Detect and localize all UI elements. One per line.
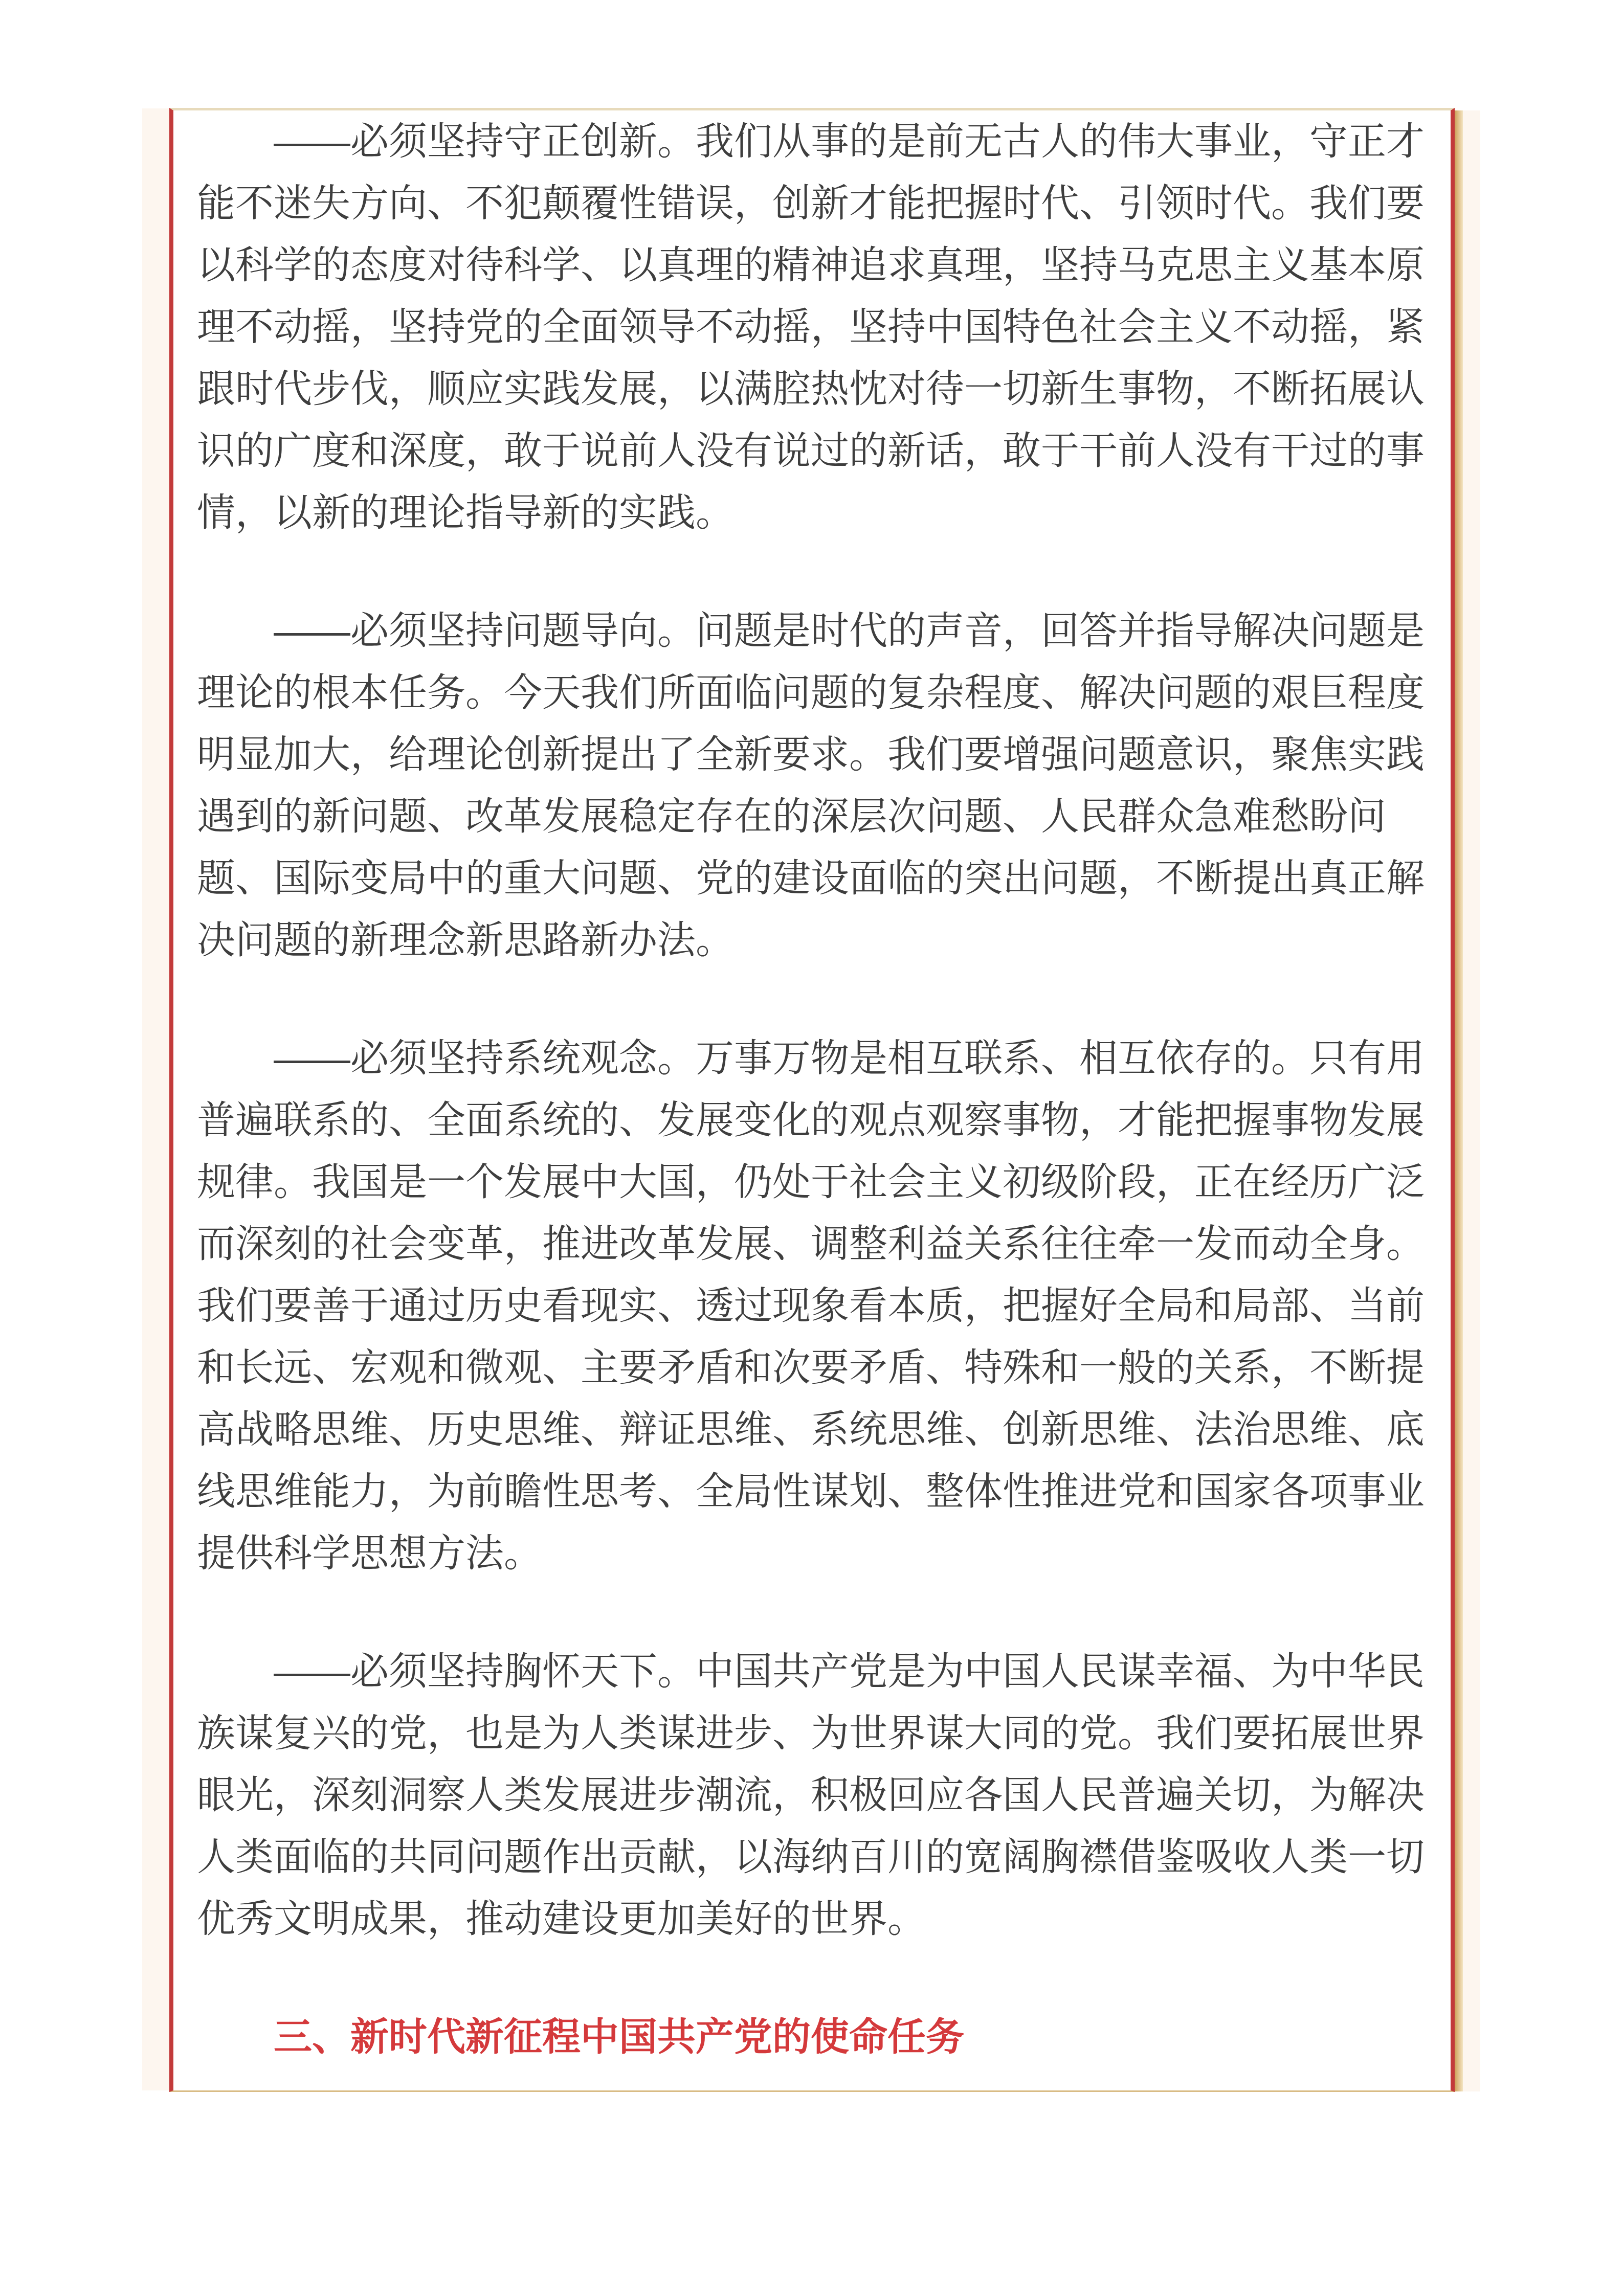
text-line: 明显加大，给理论创新提出了全新要求。我们要增强问题意识，聚焦实践 [197, 724, 1426, 785]
text-line: 跟时代步伐，顺应实践发展，以满腔热忱对待一切新生事物，不断拓展认 [197, 358, 1426, 420]
paragraph: ——必须坚持胸怀天下。中国共产党是为中国人民谋幸福、为中华民族谋复兴的党，也是为… [197, 1640, 1426, 1950]
text-line: 人类面临的共同问题作出贡献，以海纳百川的宽阔胸襟借鉴吸收人类一切 [197, 1826, 1426, 1888]
article-page: ——必须坚持守正创新。我们从事的是前无古人的伟大事业，守正才能不迷失方向、不犯颠… [0, 0, 1624, 2296]
text-line: 优秀文明成果，推动建设更加美好的世界。 [197, 1888, 1426, 1950]
text-line: 题、国际变局中的重大问题、党的建设面临的突出问题，不断提出真正解 [197, 847, 1426, 909]
text-line: 决问题的新理念新思路新办法。 [197, 909, 1426, 971]
text-line: 理不动摇，坚持党的全面领导不动摇，坚持中国特色社会主义不动摇，紧 [197, 296, 1426, 358]
text-line: 和长远、宏观和微观、主要矛盾和次要矛盾、特殊和一般的关系，不断提 [197, 1337, 1426, 1399]
text-line: 眼光，深刻洞察人类发展进步潮流，积极回应各国人民普遍关切，为解决 [197, 1764, 1426, 1826]
text-line: 能不迷失方向、不犯颠覆性错误，创新才能把握时代、引领时代。我们要 [197, 172, 1426, 234]
text-line: 规律。我国是一个发展中大国，仍处于社会主义初级阶段，正在经历广泛 [197, 1151, 1426, 1213]
article-content: ——必须坚持守正创新。我们从事的是前无古人的伟大事业，守正才能不迷失方向、不犯颠… [173, 110, 1451, 2090]
text-line: ——必须坚持系统观念。万事万物是相互联系、相互依存的。只有用 [197, 1027, 1426, 1089]
text-line: ——必须坚持胸怀天下。中国共产党是为中国人民谋幸福、为中华民 [197, 1640, 1426, 1702]
paragraph: ——必须坚持问题导向。问题是时代的声音，回答并指导解决问题是理论的根本任务。今天… [197, 600, 1426, 971]
paragraph: ——必须坚持系统观念。万事万物是相互联系、相互依存的。只有用普遍联系的、全面系统… [197, 1027, 1426, 1584]
text-line: ——必须坚持问题导向。问题是时代的声音，回答并指导解决问题是 [197, 600, 1426, 662]
text-line: 而深刻的社会变革，推进改革发展、调整利益关系往往牵一发而动全身。 [197, 1213, 1426, 1275]
text-line: 识的广度和深度，敢于说前人没有说过的新话，敢于干前人没有干过的事 [197, 420, 1426, 482]
text-line: 普遍联系的、全面系统的、发展变化的观点观察事物，才能把握事物发展 [197, 1089, 1426, 1151]
text-line: 理论的根本任务。今天我们所面临问题的复杂程度、解决问题的艰巨程度 [197, 662, 1426, 724]
right-gold-shadow-band [1455, 110, 1463, 2091]
left-cream-band [142, 108, 169, 2090]
paragraphs: ——必须坚持守正创新。我们从事的是前无古人的伟大事业，守正才能不迷失方向、不犯颠… [197, 110, 1426, 1950]
text-line: 提供科学思想方法。 [197, 1522, 1426, 1584]
text-line: 族谋复兴的党，也是为人类谋进步、为世界谋大同的党。我们要拓展世界 [197, 1702, 1426, 1764]
paragraph: ——必须坚持守正创新。我们从事的是前无古人的伟大事业，守正才能不迷失方向、不犯颠… [197, 110, 1426, 544]
text-line: 遇到的新问题、改革发展稳定存在的深层次问题、人民群众急难愁盼问 [197, 785, 1426, 847]
right-cream-band [1463, 110, 1480, 2091]
text-line: 以科学的态度对待科学、以真理的精神追求真理，坚持马克思主义基本原 [197, 234, 1426, 296]
text-line: 高战略思维、历史思维、辩证思维、系统思维、创新思维、法治思维、底 [197, 1399, 1426, 1460]
text-line: 我们要善于通过历史看现实、透过现象看本质，把握好全局和局部、当前 [197, 1275, 1426, 1337]
text-line: 线思维能力，为前瞻性思考、全局性谋划、整体性推进党和国家各项事业 [197, 1460, 1426, 1522]
text-line: ——必须坚持守正创新。我们从事的是前无古人的伟大事业，守正才 [197, 110, 1426, 172]
text-line: 情，以新的理论指导新的实践。 [197, 482, 1426, 544]
article-frame: ——必须坚持守正创新。我们从事的是前无古人的伟大事业，守正才能不迷失方向、不犯颠… [169, 108, 1455, 2092]
section-heading: 三、新时代新征程中国共产党的使命任务 [197, 2006, 1426, 2068]
